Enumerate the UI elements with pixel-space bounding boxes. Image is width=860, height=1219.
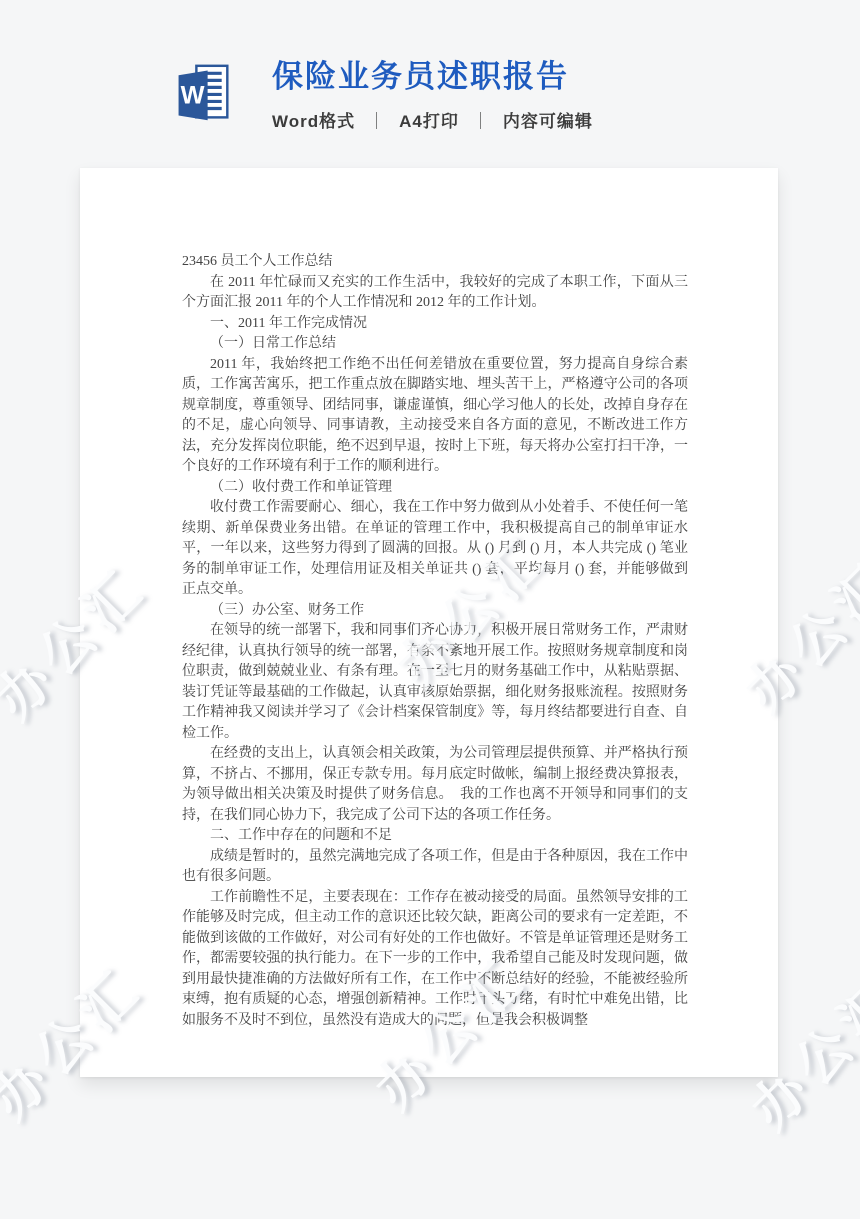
paragraph: 23456 员工个人工作总结 (182, 252, 688, 273)
paragraph: 在领导的统一部署下，我和同事们齐心协力，积极开展日常财务工作，严肃财经纪律，认真… (182, 621, 688, 744)
paragraph: 在经费的支出上，认真领会相关政策，为公司管理层提供预算、并严格执行预算，不挤占、… (182, 744, 688, 826)
paragraph: （二）收付费工作和单证管理 (182, 478, 688, 499)
header: W 保险业务员述职报告 Word格式｜A4打印｜内容可编辑 (172, 58, 593, 132)
subtitle-separator: ｜ (368, 112, 386, 131)
document-content: 23456 员工个人工作总结在 2011 年忙碌而又充实的工作生活中，我较好的完… (182, 252, 688, 1031)
page-title: 保险业务员述职报告 (272, 58, 593, 97)
paragraph: 2011 年，我始终把工作绝不出任何差错放在重要位置，努力提高自身综合素质，工作… (182, 355, 688, 478)
subtitle-format: Word格式 (272, 112, 355, 131)
subtitle-editable: 内容可编辑 (503, 112, 593, 131)
subtitle-separator: ｜ (472, 112, 490, 131)
paragraph: 成绩是暂时的，虽然完满地完成了各项工作，但是由于各种原因，我在工作中也有很多问题… (182, 847, 688, 888)
page-canvas: 办公汇 办公汇 办公汇 办公汇 办公汇 办公汇 W (0, 0, 860, 1219)
page-subtitle: Word格式｜A4打印｜内容可编辑 (272, 107, 593, 132)
paragraph: 在 2011 年忙碌而又充实的工作生活中，我较好的完成了本职工作，下面从三个方面… (182, 273, 688, 314)
header-text: 保险业务员述职报告 Word格式｜A4打印｜内容可编辑 (272, 58, 593, 132)
word-icon: W (172, 62, 232, 124)
paragraph: （三）办公室、财务工作 (182, 601, 688, 622)
paragraph: 一、2011 年工作完成情况 (182, 314, 688, 335)
paragraph: 工作前瞻性不足，主要表现在：工作存在被动接受的局面。虽然领导安排的工作能够及时完… (182, 888, 688, 1032)
paragraph: 二、工作中存在的问题和不足 (182, 826, 688, 847)
paragraph: 收付费工作需要耐心、细心，我在工作中努力做到从小处着手、不使任何一笔续期、新单保… (182, 498, 688, 601)
svg-text:W: W (181, 81, 205, 109)
subtitle-print: A4打印 (399, 112, 459, 131)
paragraph: （一）日常工作总结 (182, 334, 688, 355)
document-page: 23456 员工个人工作总结在 2011 年忙碌而又充实的工作生活中，我较好的完… (80, 168, 778, 1077)
